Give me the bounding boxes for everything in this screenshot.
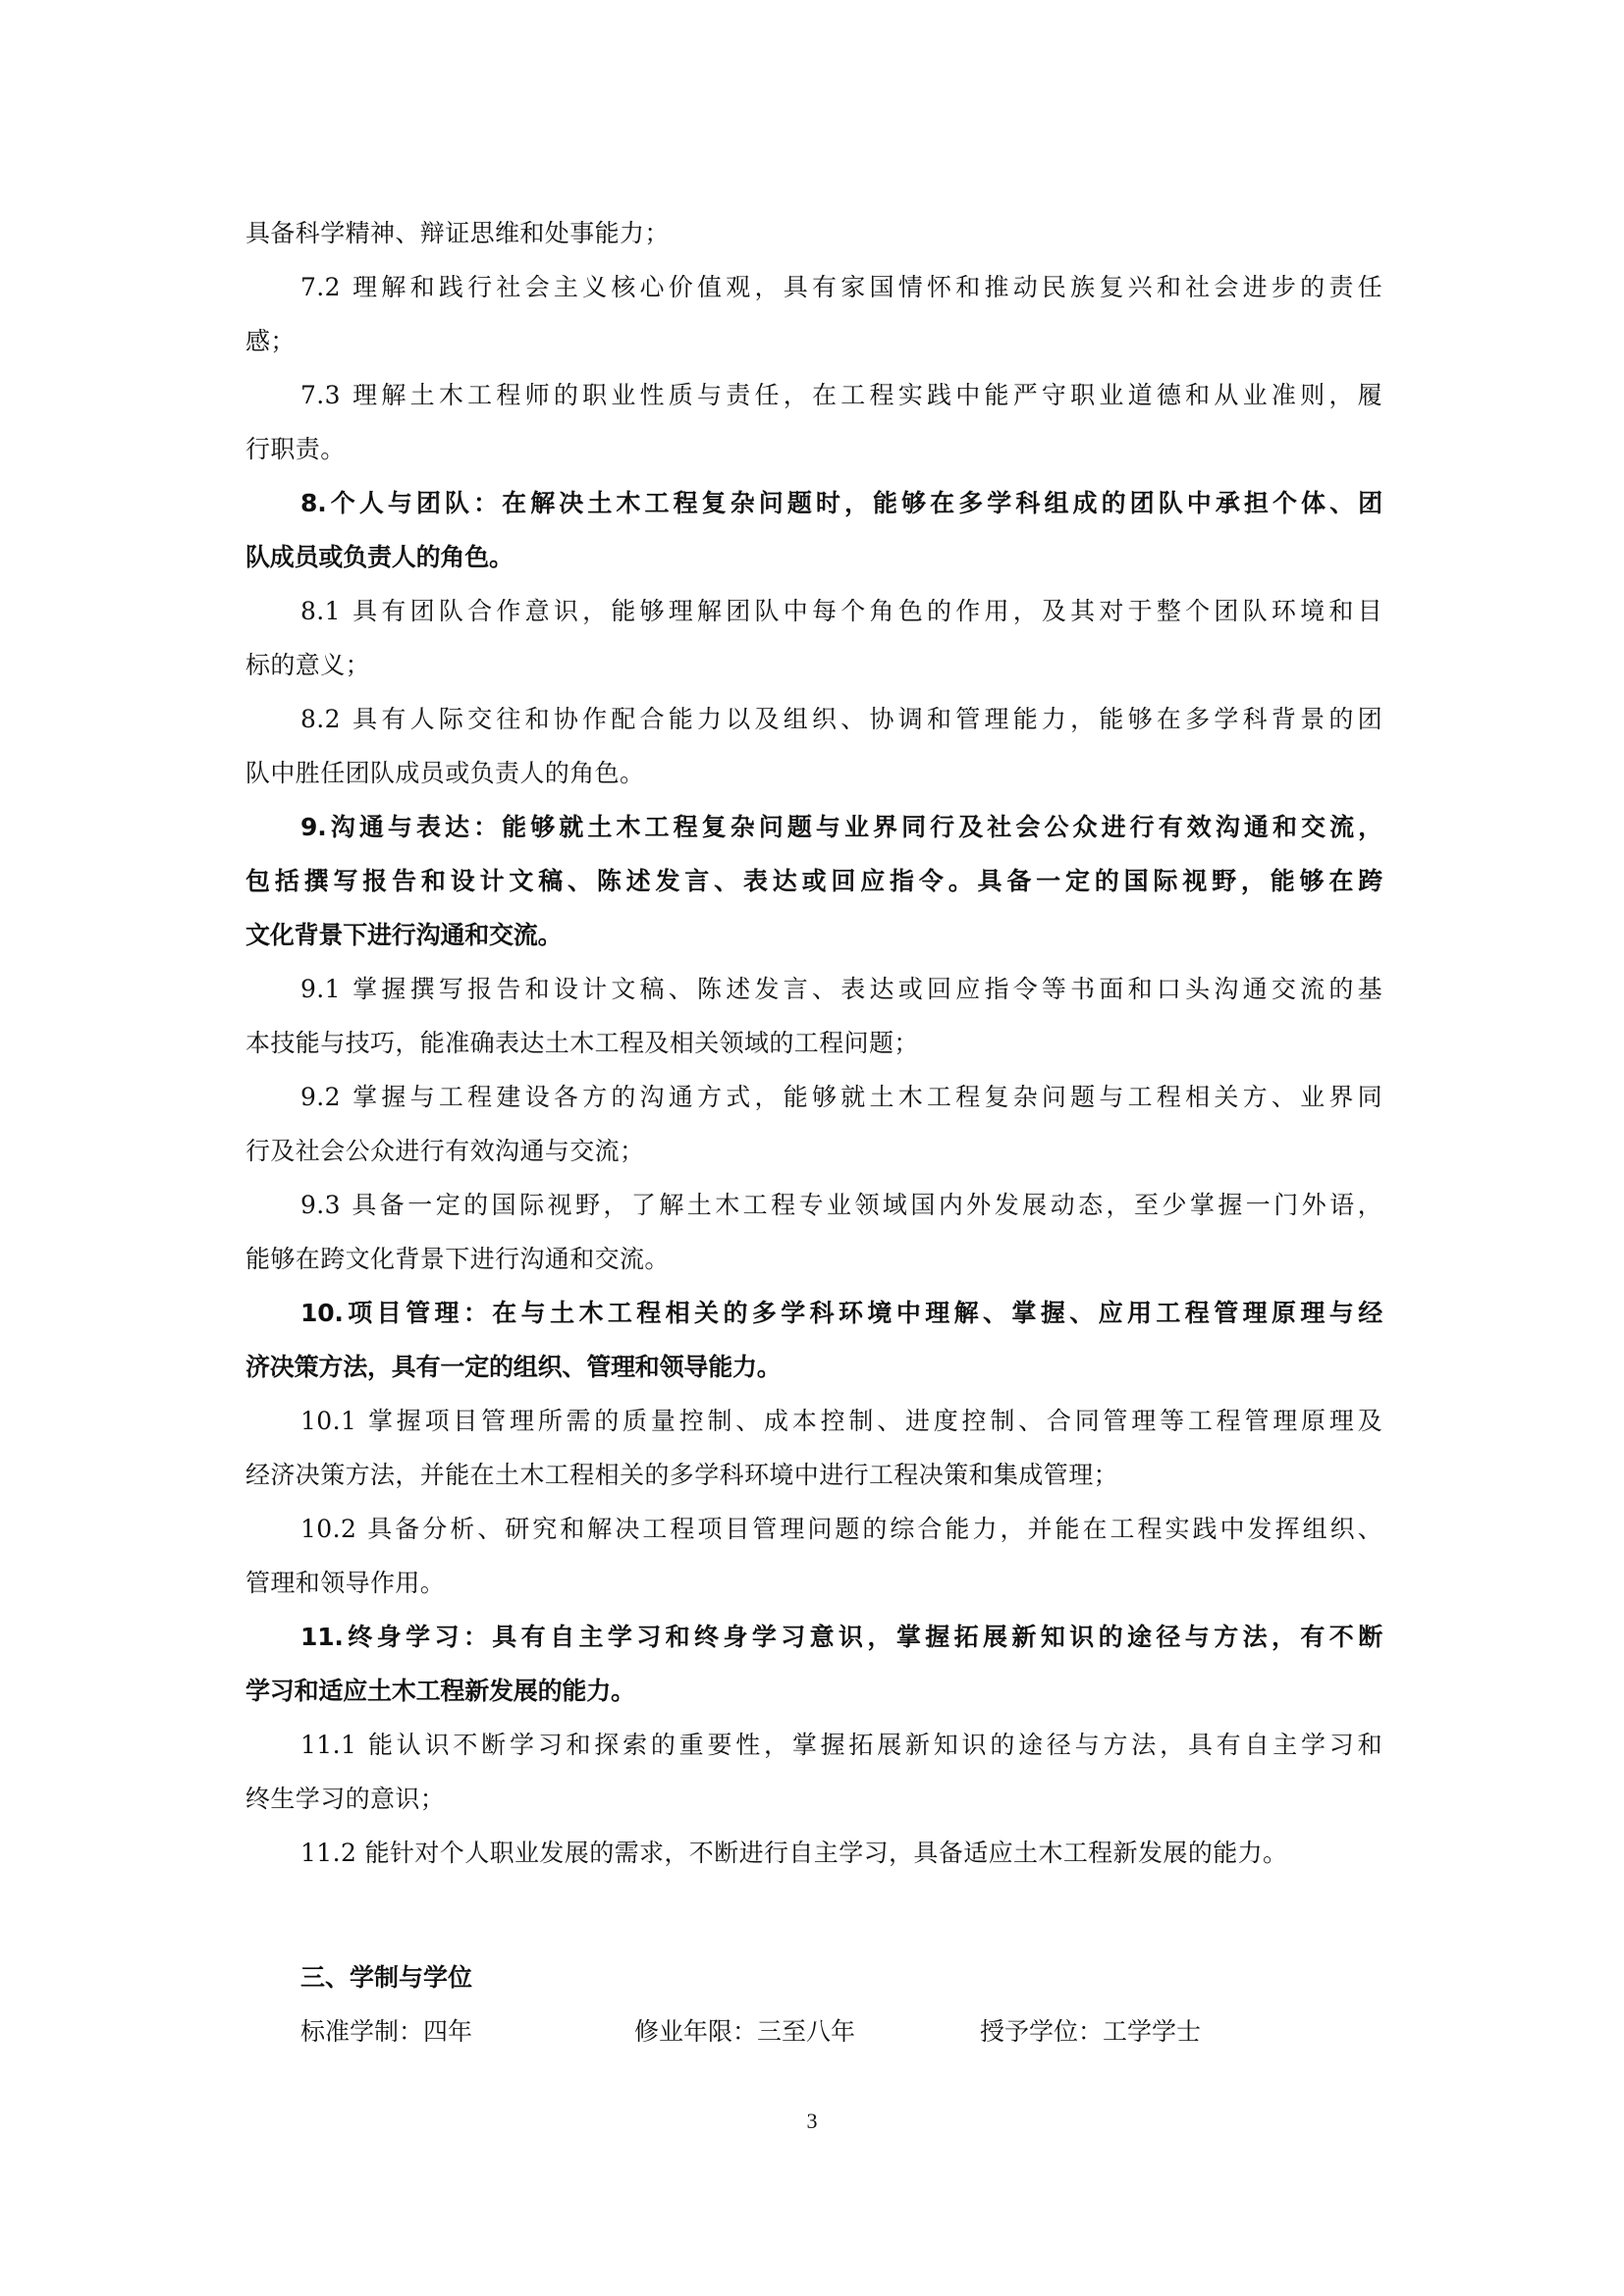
body-paragraph: 9.1 掌握撰写报告和设计文稿、陈述发言、表达或回应指令等书面和口头沟通交流的基… — [245, 962, 1382, 1070]
body-paragraph: 具备科学精神、辩证思维和处事能力； — [245, 206, 1382, 260]
study-years: 修业年限：三至八年 — [634, 2004, 980, 2058]
text-line: 9.沟通与表达：能够就土木工程复杂问题与业界同行及社会公众进行有效沟通和交流， — [245, 800, 1382, 854]
text-line: 7.3 理解土木工程师的职业性质与责任，在工程实践中能严守职业道德和从业准则，履 — [245, 368, 1382, 422]
body-paragraph: 7.2 理解和践行社会主义核心价值观，具有家国情怀和推动民族复兴和社会进步的责任… — [245, 260, 1382, 368]
text-line: 管理和领导作用。 — [245, 1556, 1382, 1610]
text-line: 行职责。 — [245, 422, 1382, 476]
text-line: 9.1 掌握撰写报告和设计文稿、陈述发言、表达或回应指令等书面和口头沟通交流的基 — [245, 962, 1382, 1016]
text-line: 行及社会公众进行有效沟通与交流； — [245, 1124, 1382, 1178]
text-line: 济决策方法，具有一定的组织、管理和领导能力。 — [245, 1340, 1382, 1394]
text-line: 8.个人与团队：在解决土木工程复杂问题时，能够在多学科组成的团队中承担个体、团 — [245, 476, 1382, 530]
document-body: 具备科学精神、辩证思维和处事能力；7.2 理解和践行社会主义核心价值观，具有家国… — [245, 206, 1382, 1880]
body-paragraph: 9.2 掌握与工程建设各方的沟通方式，能够就土木工程复杂问题与工程相关方、业界同… — [245, 1070, 1382, 1178]
standard-duration: 标准学制：四年 — [300, 2004, 634, 2058]
body-paragraph: 10.1 掌握项目管理所需的质量控制、成本控制、进度控制、合同管理等工程管理原理… — [245, 1394, 1382, 1502]
text-line: 包括撰写报告和设计文稿、陈述发言、表达或回应指令。具备一定的国际视野，能够在跨 — [245, 854, 1382, 908]
body-paragraph: 8.1 具有团队合作意识，能够理解团队中每个角色的作用，及其对于整个团队环境和目… — [245, 584, 1382, 692]
text-line: 经济决策方法，并能在土木工程相关的多学科环境中进行工程决策和集成管理； — [245, 1448, 1382, 1502]
text-line: 9.2 掌握与工程建设各方的沟通方式，能够就土木工程复杂问题与工程相关方、业界同 — [245, 1070, 1382, 1124]
text-line: 感； — [245, 314, 1382, 368]
text-line: 标的意义； — [245, 638, 1382, 692]
text-line: 终生学习的意识； — [245, 1772, 1382, 1826]
section-degree: 三、学制与学位 标准学制：四年 修业年限：三至八年 授予学位：工学学士 — [245, 1939, 1382, 2058]
body-paragraph: 9.3 具备一定的国际视野，了解土木工程专业领域国内外发展动态，至少掌握一门外语… — [245, 1178, 1382, 1286]
text-line: 能够在跨文化背景下进行沟通和交流。 — [245, 1232, 1382, 1286]
text-line: 11.2 能针对个人职业发展的需求，不断进行自主学习，具备适应土木工程新发展的能… — [245, 1826, 1382, 1880]
text-line: 本技能与技巧，能准确表达土木工程及相关领域的工程问题； — [245, 1016, 1382, 1070]
text-line: 8.2 具有人际交往和协作配合能力以及组织、协调和管理能力，能够在多学科背景的团 — [245, 692, 1382, 746]
degree-info-row: 标准学制：四年 修业年限：三至八年 授予学位：工学学士 — [245, 2004, 1382, 2058]
text-line: 学习和适应土木工程新发展的能力。 — [245, 1664, 1382, 1718]
text-line: 10.项目管理：在与土木工程相关的多学科环境中理解、掌握、应用工程管理原理与经 — [245, 1286, 1382, 1340]
section-heading-paragraph: 10.项目管理：在与土木工程相关的多学科环境中理解、掌握、应用工程管理原理与经济… — [245, 1286, 1382, 1394]
text-line: 队成员或负责人的角色。 — [245, 530, 1382, 584]
text-line: 文化背景下进行沟通和交流。 — [245, 908, 1382, 962]
text-line: 11.终身学习：具有自主学习和终身学习意识，掌握拓展新知识的途径与方法，有不断 — [245, 1610, 1382, 1664]
text-line: 10.1 掌握项目管理所需的质量控制、成本控制、进度控制、合同管理等工程管理原理… — [245, 1394, 1382, 1448]
body-paragraph: 11.1 能认识不断学习和探索的重要性，掌握拓展新知识的途径与方法，具有自主学习… — [245, 1718, 1382, 1826]
text-line: 11.1 能认识不断学习和探索的重要性，掌握拓展新知识的途径与方法，具有自主学习… — [245, 1718, 1382, 1772]
degree-awarded: 授予学位：工学学士 — [980, 2004, 1201, 2058]
document-page: 具备科学精神、辩证思维和处事能力；7.2 理解和践行社会主义核心价值观，具有家国… — [0, 0, 1624, 2296]
text-line: 8.1 具有团队合作意识，能够理解团队中每个角色的作用，及其对于整个团队环境和目 — [245, 584, 1382, 638]
text-line: 7.2 理解和践行社会主义核心价值观，具有家国情怀和推动民族复兴和社会进步的责任 — [245, 260, 1382, 314]
section-heading-paragraph: 11.终身学习：具有自主学习和终身学习意识，掌握拓展新知识的途径与方法，有不断学… — [245, 1610, 1382, 1718]
text-line: 队中胜任团队成员或负责人的角色。 — [245, 746, 1382, 800]
text-line: 10.2 具备分析、研究和解决工程项目管理问题的综合能力，并能在工程实践中发挥组… — [245, 1502, 1382, 1556]
text-line: 9.3 具备一定的国际视野，了解土木工程专业领域国内外发展动态，至少掌握一门外语… — [245, 1178, 1382, 1232]
section-heading-paragraph: 9.沟通与表达：能够就土木工程复杂问题与业界同行及社会公众进行有效沟通和交流，包… — [245, 800, 1382, 962]
body-paragraph: 7.3 理解土木工程师的职业性质与责任，在工程实践中能严守职业道德和从业准则，履… — [245, 368, 1382, 476]
body-paragraph: 8.2 具有人际交往和协作配合能力以及组织、协调和管理能力，能够在多学科背景的团… — [245, 692, 1382, 800]
text-line: 具备科学精神、辩证思维和处事能力； — [245, 206, 1382, 260]
section-heading-paragraph: 8.个人与团队：在解决土木工程复杂问题时，能够在多学科组成的团队中承担个体、团队… — [245, 476, 1382, 584]
section-title: 三、学制与学位 — [245, 1950, 1382, 2004]
body-paragraph: 10.2 具备分析、研究和解决工程项目管理问题的综合能力，并能在工程实践中发挥组… — [245, 1502, 1382, 1610]
body-paragraph: 11.2 能针对个人职业发展的需求，不断进行自主学习，具备适应土木工程新发展的能… — [245, 1826, 1382, 1880]
page-number: 3 — [0, 2109, 1624, 2134]
